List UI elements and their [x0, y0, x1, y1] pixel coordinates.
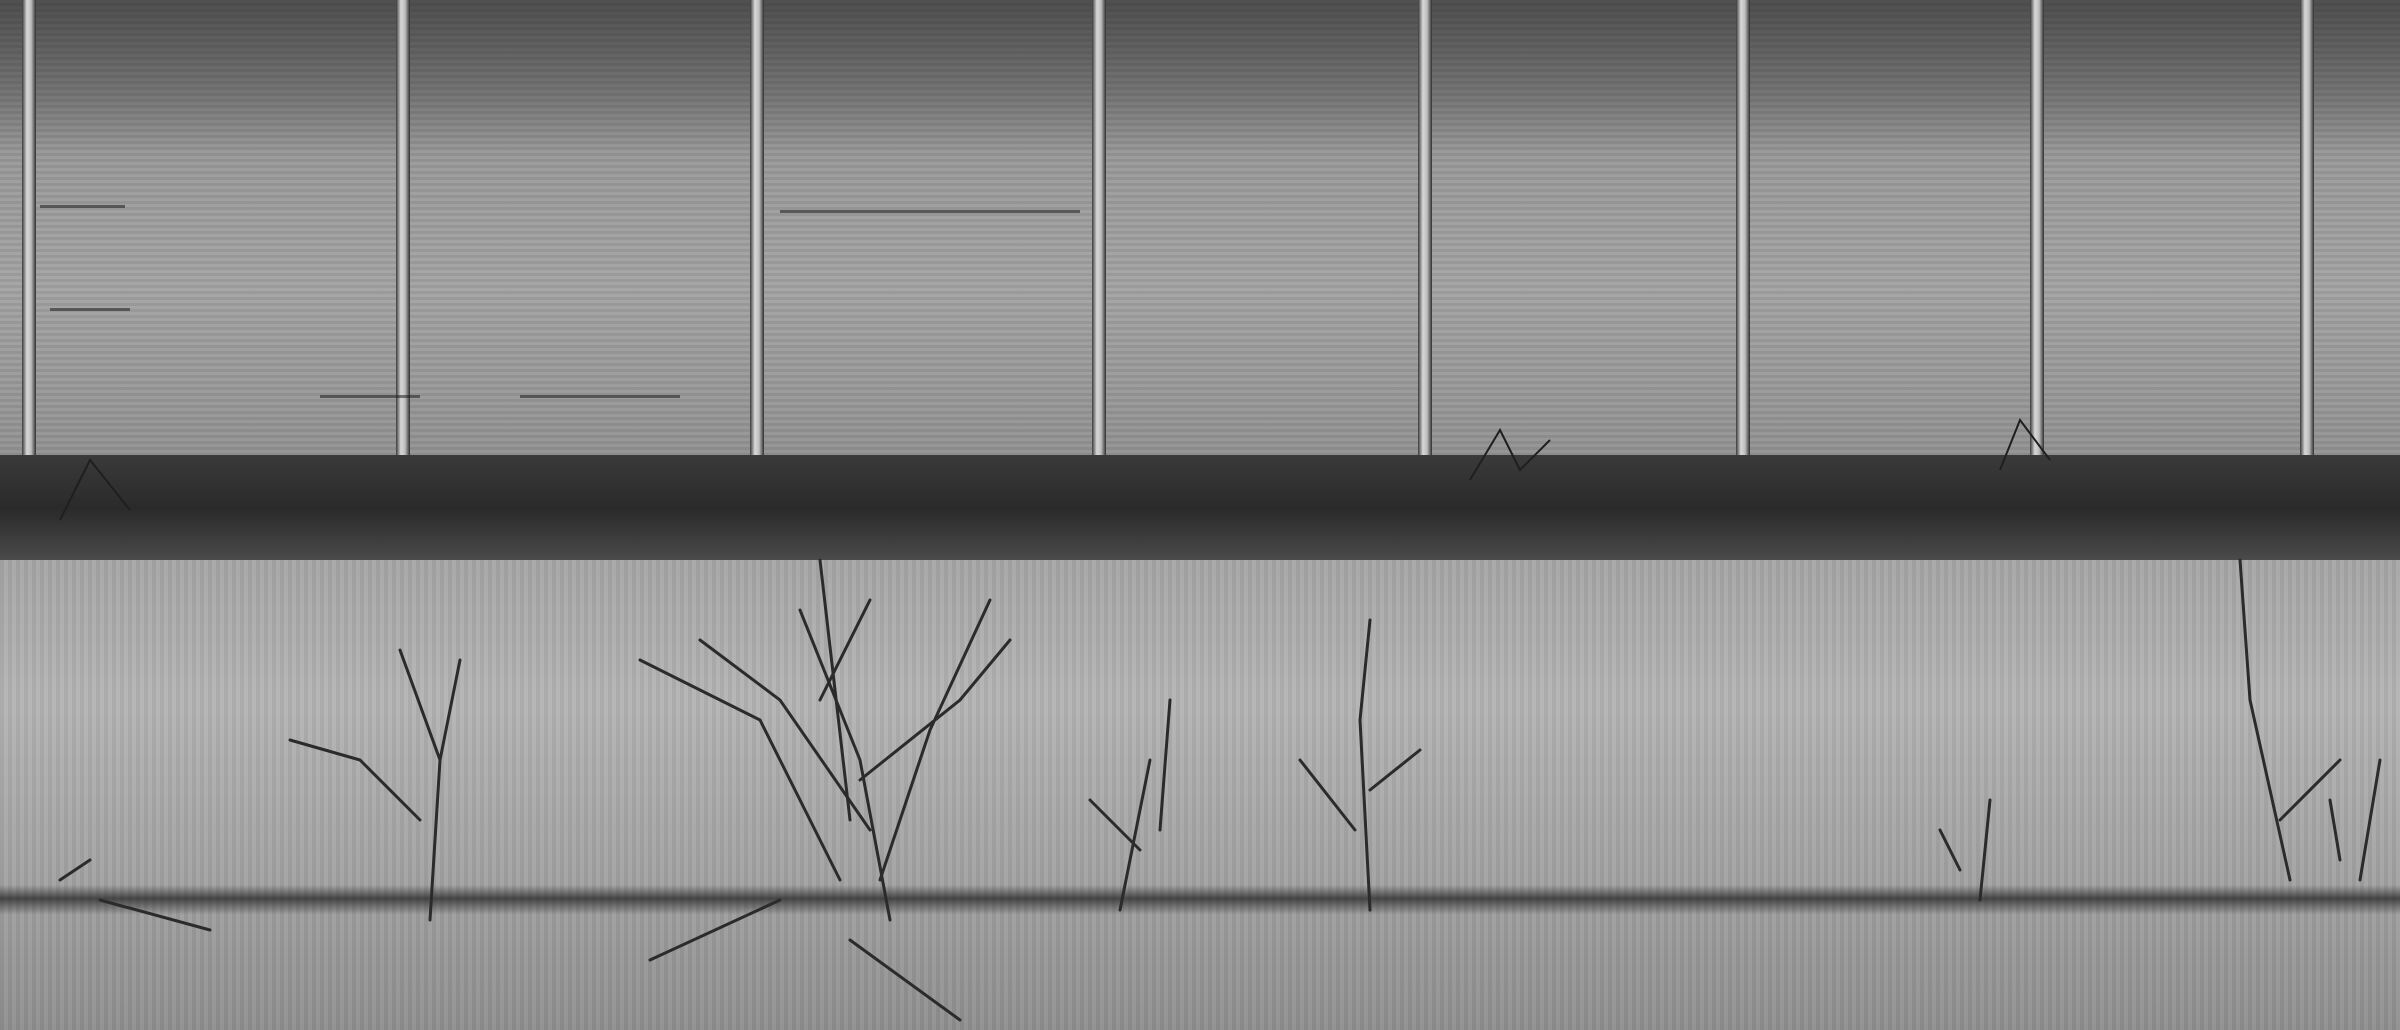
- weeds: [0, 0, 2400, 1030]
- photo-scene: [0, 0, 2400, 1030]
